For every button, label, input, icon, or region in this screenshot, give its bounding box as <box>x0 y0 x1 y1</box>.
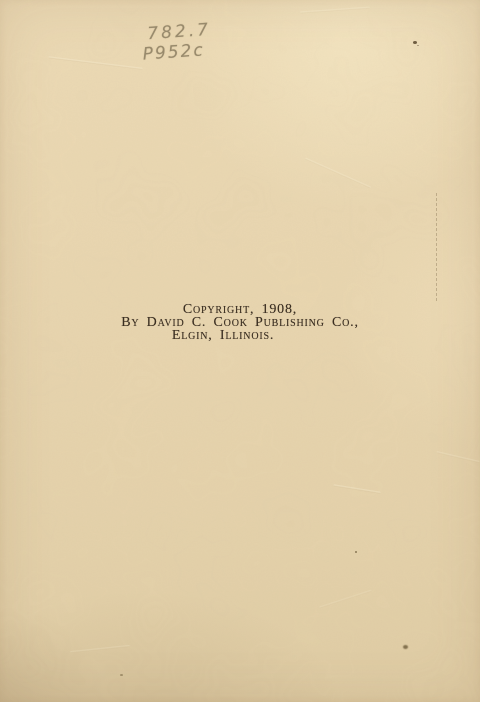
copyright-line-location: Elgin, Illinois. <box>0 329 463 342</box>
call-number-cutter: P952c <box>142 40 213 65</box>
paper-grain-texture <box>0 0 480 702</box>
foxing-spot <box>120 674 123 676</box>
paper-crease <box>70 645 130 653</box>
paper-crease <box>333 484 381 493</box>
foxing-spot <box>413 41 417 44</box>
foxing-spot <box>355 551 357 553</box>
paper-crease <box>319 590 372 609</box>
paper-crease-vertical <box>436 193 437 301</box>
paper-crease <box>436 451 479 463</box>
book-page: 782.7 P952c Copyright, 1908, By David C.… <box>0 0 480 702</box>
foxing-spot <box>403 645 408 649</box>
paper-crease <box>305 157 372 188</box>
handwritten-call-number: 782.7 P952c <box>147 20 213 64</box>
copyright-block: Copyright, 1908, By David C. Cook Publis… <box>0 303 480 342</box>
paper-crease <box>48 56 143 70</box>
paper-crease <box>300 7 370 14</box>
